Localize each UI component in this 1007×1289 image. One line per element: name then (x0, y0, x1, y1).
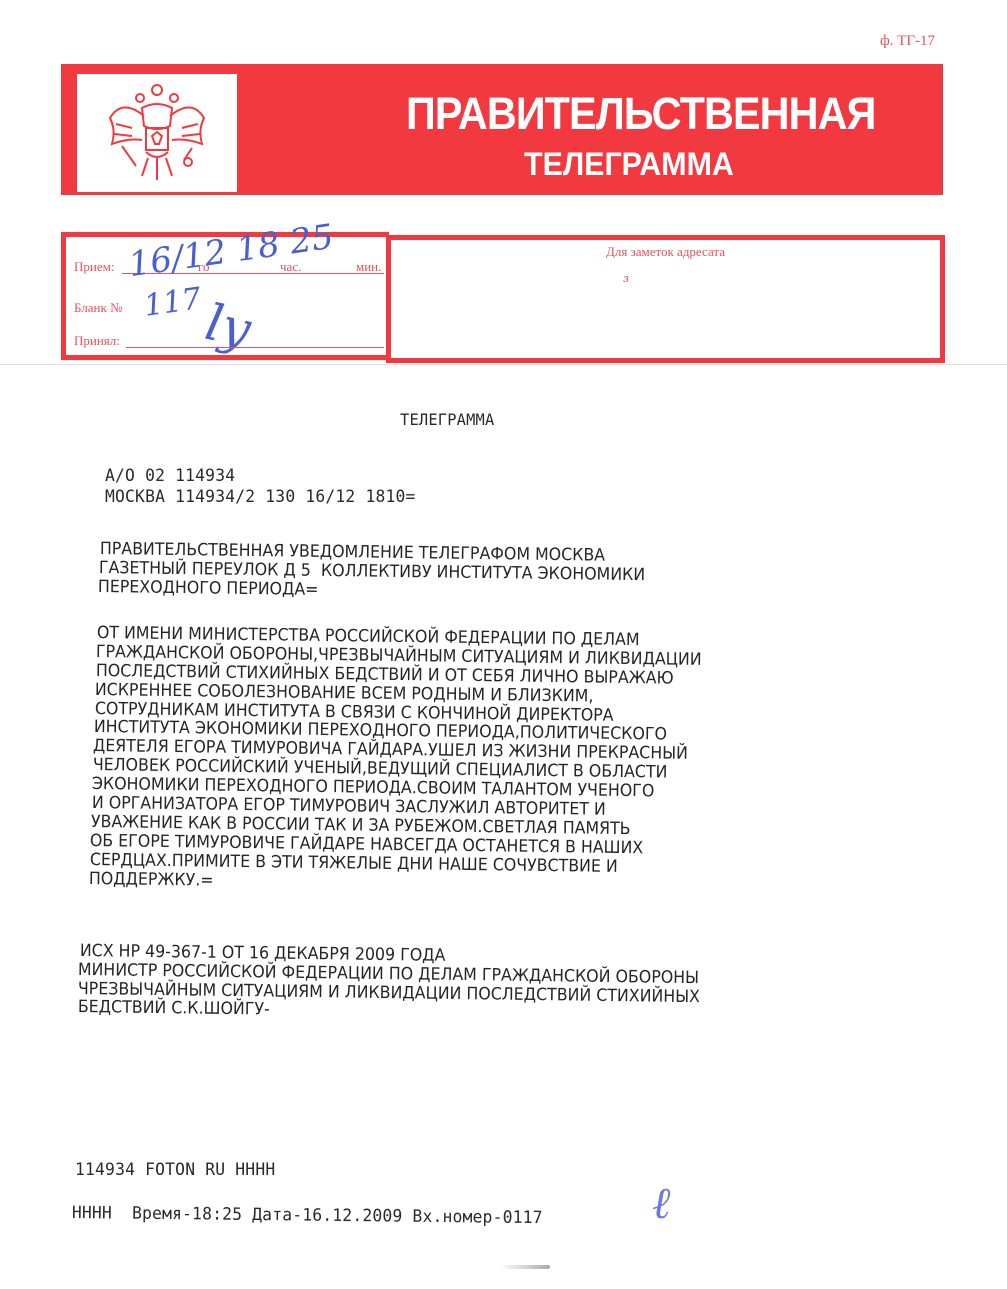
minutes-label: мин. (356, 259, 381, 275)
address-line: ПЕРЕХОДНОГО ПЕРИОДА= (98, 578, 319, 599)
russian-coat-of-arms-icon (102, 78, 212, 188)
emblem-box (77, 74, 237, 192)
telegram-heading: ТЕЛЕГРАММА (400, 410, 494, 429)
notes-title: Для заметок адресата (391, 244, 940, 260)
notes-mark: з (623, 272, 629, 285)
received-handwritten: 16/12 18 25 (126, 217, 336, 285)
accepted-label: Принял: (74, 333, 120, 349)
body-line: БЕДСТВИЙ С.К.ШОЙГУ- (78, 998, 270, 1019)
reception-box: Прием: го час. мин. 16/12 18 25 Бланк № … (61, 232, 389, 360)
header-banner: ПРАВИТЕЛЬСТВЕННАЯ ТЕЛЕГРАММА (61, 64, 943, 195)
scan-smudge (500, 1265, 550, 1269)
blank-number-handwritten: 117 (142, 281, 204, 324)
header-line-1: А/О 02 114934 (105, 466, 235, 486)
blank-number-label: Бланк № (74, 300, 122, 316)
initials-mark: ℓ (652, 1178, 670, 1229)
banner-title-line1: ПРАВИТЕЛЬСТВЕННАЯ (406, 88, 875, 140)
form-code: ф. ТГ-17 (880, 33, 935, 50)
accepted-underline (126, 347, 384, 348)
signature-mark: ly (200, 293, 255, 359)
footer-line-1: 114934 FOTON RU HHHH (75, 1160, 275, 1180)
header-line-2: МОСКВА 114934/2 130 16/12 1810= (105, 487, 416, 507)
received-label: Прием: (74, 259, 114, 275)
banner-title-line2: ТЕЛЕГРАММА (524, 146, 734, 183)
recipient-notes-box: Для заметок адресата з (386, 235, 945, 363)
footer-line-2: HHHH Время-18:25 Дата-16.12.2009 Вх.номе… (72, 1203, 543, 1228)
scan-artifact-line (0, 364, 1007, 365)
body-line: ПОДДЕРЖКУ.= (89, 870, 214, 890)
